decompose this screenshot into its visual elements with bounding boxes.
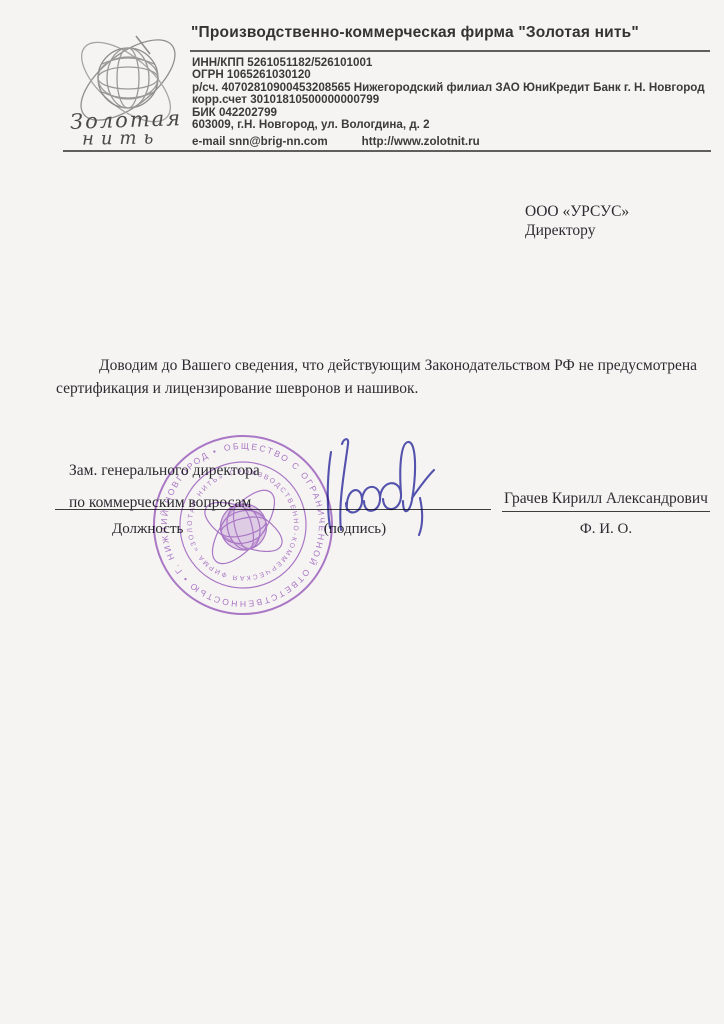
company-details-block: ИНН/КПП 5261051182/526101001 ОГРН 106526… bbox=[192, 57, 712, 131]
recipient-block: ООО «УРСУС» Директору bbox=[525, 202, 629, 240]
name-caption: Ф. И. О. bbox=[498, 521, 714, 538]
signer-name-wrap: Грачев Кирилл Александрович bbox=[498, 490, 714, 512]
company-address: 603009, г.Н. Новгород, ул. Вологдина, д.… bbox=[192, 119, 712, 131]
contact-row: e-mail snn@brig-nn.comhttp://www.zolotni… bbox=[192, 135, 712, 148]
signature-ink-icon bbox=[300, 428, 460, 553]
title-underline-rule bbox=[190, 50, 710, 52]
company-ogrn: ОГРН 1065261030120 bbox=[192, 69, 712, 81]
recipient-role: Директору bbox=[525, 221, 629, 240]
company-email: e-mail snn@brig-nn.com bbox=[192, 135, 328, 148]
company-title: "Производственно-коммерческая фирма "Зол… bbox=[191, 24, 711, 42]
signer-name: Грачев Кирилл Александрович bbox=[502, 490, 710, 512]
logo-script-line2: нить bbox=[82, 127, 161, 149]
company-website: http://www.zolotnit.ru bbox=[362, 135, 480, 148]
handwritten-signature bbox=[300, 428, 460, 553]
company-corr-account: корр.счет 30101810500000000799 bbox=[192, 94, 712, 106]
letter-body-paragraph: Доводим до Вашего сведения, что действую… bbox=[56, 354, 712, 400]
recipient-company: ООО «УРСУС» bbox=[525, 202, 629, 221]
scanned-letter-page: { "header": { "title": "\"Производственн… bbox=[0, 0, 724, 1024]
